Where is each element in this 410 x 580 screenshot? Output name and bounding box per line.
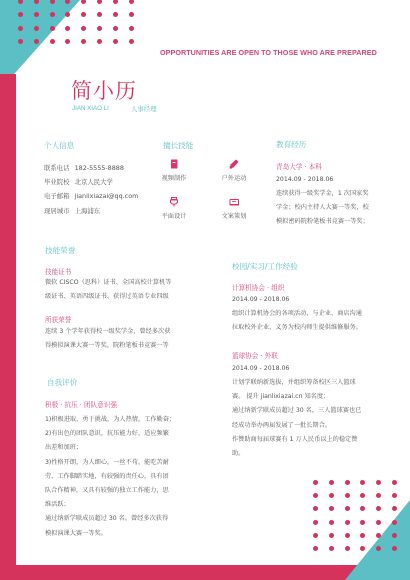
skill-outdoor-sports: 户外运动	[212, 159, 256, 182]
info-value: 上海浦东	[75, 204, 101, 218]
self-evaluation-line: 1)积极进取，勇于挑战，为人热情，工作勤奋；	[45, 413, 175, 427]
skill-graphic-design: 平面设计	[152, 197, 196, 220]
skill-label: 文案策划	[212, 211, 256, 220]
experience-line: 经成功举办两届发展了一批长期合。	[232, 419, 361, 433]
info-label: 毕业院校	[44, 175, 70, 189]
info-label: 联系电话	[44, 161, 70, 175]
self-evaluation-line: 3)性格开朗，为人细心，一丝不苟，能吃苦耐	[45, 456, 175, 470]
honors-title: 技能荣誉	[45, 245, 75, 256]
certs-line: 微软 CISCO（思科）证书、全国高校计算机等	[45, 276, 171, 290]
self-evaluation-subtitle: 积极 · 抗压 · 团队意识强	[45, 399, 117, 409]
info-row-email: 电子邮箱 jianlixiazai@qq.com	[44, 189, 138, 203]
experience-line: 作赞助商每届球赛有 1 万人民币以上的稳定赞	[232, 433, 361, 447]
skill-video-production: 视频制作	[152, 159, 196, 182]
experience-line: 组织计算机协会的各项活动，与企业、商店沟通	[232, 307, 362, 321]
candidate-name: 简小历	[71, 75, 137, 105]
skill-copywriting: 文案策划	[212, 197, 256, 220]
experience-org: 计算机协会 · 组织	[232, 282, 284, 292]
info-value: jianlixiazai@qq.com	[75, 189, 139, 203]
video-production-icon	[169, 159, 179, 169]
education-details: 连续获得一级奖学金，1 次国家奖 学金；校内主持人大赛一等奖，校 模拟密码院粉笔…	[276, 187, 369, 230]
experience-title: 校园/实习/工作经验	[232, 261, 298, 272]
education-period: 2014.09 - 2018.06	[276, 173, 333, 187]
resume-page: OPPORTUNITIES ARE OPEN TO THOSE WHO ARE …	[0, 0, 410, 580]
self-evaluation-line: 模拟演课大赛一等奖。	[45, 527, 175, 541]
self-evaluation-title: 自我评价	[47, 377, 77, 388]
info-row-school: 毕业院校 北京人民大学	[44, 175, 138, 189]
self-evaluation-line: 维活跃；	[45, 498, 175, 512]
education-line: 连续获得一级奖学金，1 次国家奖	[276, 187, 369, 201]
experience-line: 通过纳新学联成员超过 30 名，三人篮球赛也已	[232, 404, 361, 418]
experience-org: 篮球协会 · 外联	[232, 350, 278, 360]
copywriting-icon	[229, 197, 239, 207]
motto: OPPORTUNITIES ARE OPEN TO THOSE WHO ARE …	[160, 48, 377, 57]
personal-info-list: 联系电话 182-5555-8888 毕业院校 北京人民大学 电子邮箱 jian…	[44, 161, 138, 218]
self-evaluation-line: 劳，工作脚踏实地，有较强的责任心，具有团	[45, 470, 175, 484]
experience-line: 赛。 提升 jianlixiazai.cn 知名度；	[232, 390, 361, 404]
education-school: 青岛大学 · 本科	[276, 161, 322, 171]
awards-line: 得模拟演课大赛一等奖，院粉笔板书竞赛一等	[45, 339, 170, 353]
awards-title: 所获荣誉	[45, 314, 71, 324]
skill-label: 视频制作	[152, 173, 196, 182]
info-label: 电子邮箱	[44, 189, 70, 203]
certs-details: 微软 CISCO（思科）证书、全国高校计算机等 级证书、英语四级证书、获得过英语…	[45, 276, 171, 304]
awards-line: 连续 3 个学年获得校一级奖学金，曾经多次获	[45, 325, 170, 339]
experience-line: 助。	[232, 447, 361, 461]
experience-line: 拉取校外企业，义务为校内师生提供维修服务。	[232, 321, 362, 335]
candidate-pinyin: JIAN XIAO LI	[72, 105, 109, 112]
decor-dot-grid-bottom	[313, 480, 397, 551]
experience-period: 2014.09 - 2018.06	[232, 362, 289, 376]
info-label: 现居城市	[44, 204, 70, 218]
education-line: 模拟密码院粉笔板书竞赛一等奖；	[276, 215, 369, 229]
personal-info-title: 个人信息	[44, 140, 74, 151]
info-row-city: 现居城市 上海浦东	[44, 204, 138, 218]
info-value: 182-5555-8888	[75, 161, 124, 175]
info-row-phone: 联系电话 182-5555-8888	[44, 161, 138, 175]
experience-line: 计划学联纳新选拔，并组织筹备校区三人篮球	[232, 376, 361, 390]
outdoor-sports-icon	[229, 159, 239, 169]
self-evaluation-line: 队合作精神，又具有较强的独立工作能力，思	[45, 484, 175, 498]
education-line: 学金；校内主持人大赛一等奖，校	[276, 201, 369, 215]
certs-line: 级证书、英语四级证书、获得过英语专业四级	[45, 290, 171, 304]
info-value: 北京人民大学	[75, 175, 113, 189]
experience-details: 组织计算机协会的各项活动，与企业、商店沟通 拉取校外企业，义务为校内师生提供维修…	[232, 307, 362, 335]
education-title: 教育经历	[276, 139, 306, 150]
self-evaluation-details: 1)积极进取，勇于挑战，为人热情，工作勤奋； 2)有出色的团队意识，抗压能力好，…	[45, 413, 175, 541]
self-evaluation-line: 通过纳新学联成员超过 30 名。曾经多次获得	[45, 512, 175, 526]
self-evaluation-line: 2)有出色的团队意识，抗压能力好，适应频繁	[45, 427, 175, 441]
skills-title: 擅长技能	[163, 140, 193, 151]
decor-dot-grid-top	[18, 0, 134, 44]
certs-title: 技能证书	[45, 266, 71, 276]
decor-red-bar-left	[0, 74, 16, 580]
graphic-design-icon	[169, 197, 179, 207]
skill-label: 户外运动	[212, 173, 256, 182]
experience-period: 2014.09 - 2018.06	[232, 293, 289, 307]
awards-details: 连续 3 个学年获得校一级奖学金，曾经多次获 得模拟演课大赛一等奖，院粉笔板书竞…	[45, 325, 170, 353]
self-evaluation-line: 出差和加班；	[45, 441, 175, 455]
skill-label: 平面设计	[152, 211, 196, 220]
job-title: 人事经理	[131, 104, 157, 113]
experience-details: 计划学联纳新选拔，并组织筹备校区三人篮球 赛。 提升 jianlixiazai.…	[232, 376, 361, 461]
